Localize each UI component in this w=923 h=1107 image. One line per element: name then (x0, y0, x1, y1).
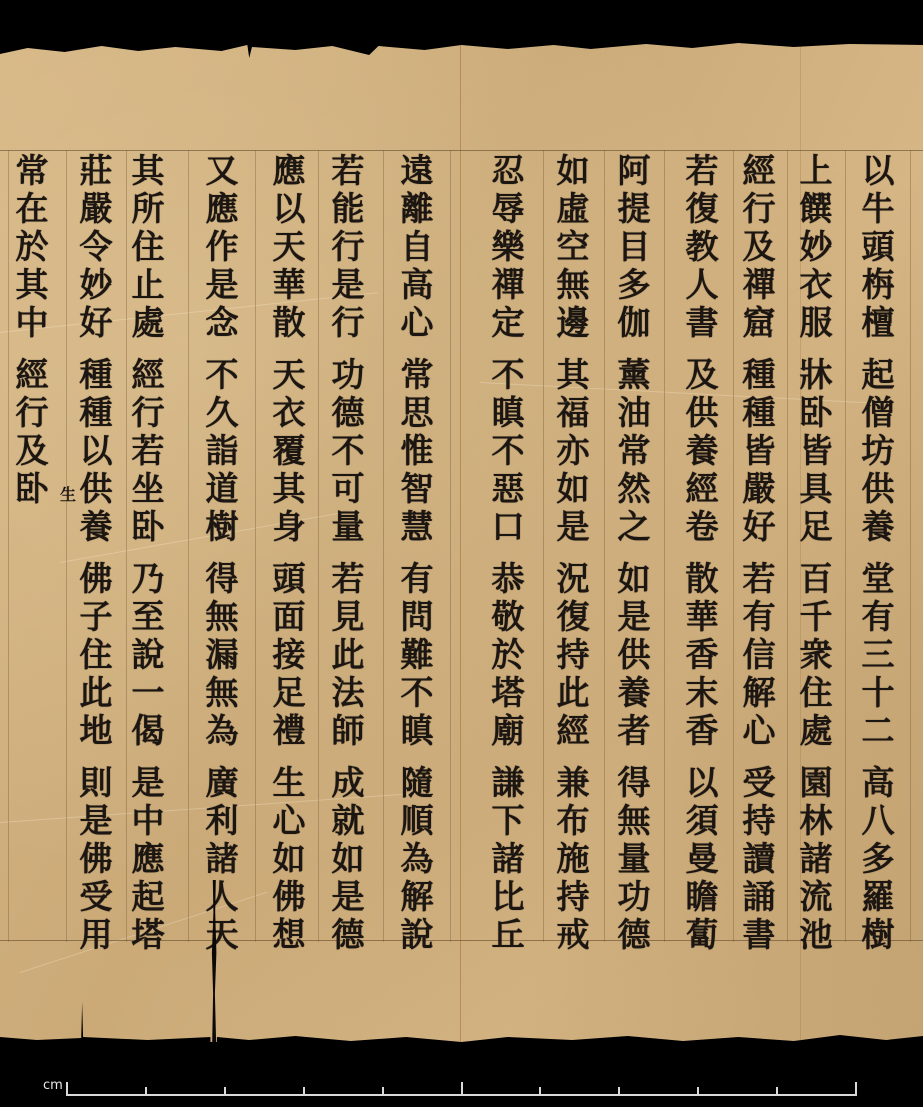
glyph: 不 (401, 674, 434, 712)
glyph: 油 (618, 394, 651, 432)
glyph: 隨 (401, 764, 434, 802)
verse-phrase: 種種以供養 (80, 356, 113, 546)
glyph: 檀 (862, 304, 895, 342)
manuscript-paper: 以牛頭栴檀起僧坊供養堂有三十二高八多羅樹 上饌妙衣服牀卧皆具足百千衆住處園林諸流… (0, 42, 923, 1042)
verse-phrase: 散華香末香 (686, 560, 719, 750)
verse-phrase: 頭面接足禮 (273, 560, 306, 750)
glyph: 池 (800, 916, 833, 954)
glyph: 心 (401, 304, 434, 342)
glyph: 佛 (80, 560, 113, 598)
glyph: 塔 (132, 916, 165, 954)
glyph: 應 (206, 190, 239, 228)
glyph: 二 (862, 712, 895, 750)
verse-phrase: 功德不可量 (332, 356, 365, 546)
glyph: 牛 (862, 190, 895, 228)
glyph: 空 (557, 228, 590, 266)
verse-phrase: 種種皆嚴好 (743, 356, 776, 546)
glyph: 此 (80, 674, 113, 712)
text-column: 其所住止處經行若坐卧乃至說一偈是中應起塔 (118, 152, 178, 954)
glyph: 窟 (743, 304, 776, 342)
glyph: 況 (557, 560, 590, 598)
glyph: 一 (132, 674, 165, 712)
glyph: 以 (273, 190, 306, 228)
glyph: 若 (686, 152, 719, 190)
text-column: 遠離自高心常思惟智慧有問難不瞋隨順為解說 (387, 152, 447, 954)
glyph: 曼 (686, 840, 719, 878)
glyph: 福 (557, 394, 590, 432)
glyph: 佛 (80, 840, 113, 878)
glyph: 教 (686, 228, 719, 266)
glyph: 林 (800, 802, 833, 840)
glyph: 好 (80, 304, 113, 342)
glyph: 有 (401, 560, 434, 598)
glyph: 樹 (206, 508, 239, 546)
column-ruling (664, 150, 665, 942)
glyph: 經 (686, 470, 719, 508)
verse-phrase: 則是佛受用 (80, 764, 113, 954)
scale-tick (145, 1087, 147, 1096)
glyph: 若 (332, 152, 365, 190)
glyph: 莊 (80, 152, 113, 190)
glyph: 如 (557, 470, 590, 508)
glyph: 漏 (206, 636, 239, 674)
scale-tick (66, 1082, 68, 1096)
verse-phrase: 得無量功德 (618, 764, 651, 954)
verse-phrase: 又應作是念 (206, 152, 239, 342)
glyph: 有 (862, 598, 895, 636)
glyph: 僧 (862, 394, 895, 432)
glyph: 散 (686, 560, 719, 598)
verse-phrase: 常在於其中 (16, 152, 49, 342)
glyph: 令 (80, 228, 113, 266)
verse-phrase: 其福亦如是 (557, 356, 590, 546)
glyph: 種 (80, 356, 113, 394)
glyph: 如 (273, 840, 306, 878)
verse-phrase: 有問難不瞋 (401, 560, 434, 750)
glyph: 智 (401, 470, 434, 508)
glyph: 者 (618, 712, 651, 750)
glyph: 頭 (862, 228, 895, 266)
verse-phrase: 常思惟智慧 (401, 356, 434, 546)
glyph: 量 (618, 840, 651, 878)
verse-phrase: 佛子住此地 (80, 560, 113, 750)
glyph: 妙 (800, 228, 833, 266)
glyph: 諸 (800, 840, 833, 878)
glyph: 不 (492, 432, 525, 470)
glyph: 讀 (743, 840, 776, 878)
glyph: 衣 (800, 266, 833, 304)
glyph: 坊 (862, 432, 895, 470)
interlinear-correction: 生 (60, 482, 76, 505)
glyph: 為 (206, 712, 239, 750)
glyph: 養 (80, 508, 113, 546)
glyph: 末 (686, 674, 719, 712)
verse-phrase: 若有信解心 (743, 560, 776, 750)
glyph: 是 (618, 598, 651, 636)
scale-tick (461, 1082, 463, 1096)
glyph: 人 (206, 878, 239, 916)
glyph: 虛 (557, 190, 590, 228)
glyph: 香 (686, 712, 719, 750)
glyph: 種 (743, 394, 776, 432)
glyph: 施 (557, 840, 590, 878)
verse-phrase: 得無漏無為 (206, 560, 239, 750)
glyph: 常 (16, 152, 49, 190)
glyph: 之 (618, 508, 651, 546)
glyph: 解 (743, 674, 776, 712)
scale-tick (539, 1087, 541, 1096)
verse-phrase: 經行若坐卧 (132, 356, 165, 546)
text-column: 應以天華散天衣覆其身頭面接足禮生心如佛想 (259, 152, 319, 954)
verse-phrase: 是中應起塔 (132, 764, 165, 954)
glyph: 德 (618, 916, 651, 954)
glyph: 蔔 (686, 916, 719, 954)
glyph: 中 (132, 802, 165, 840)
glyph: 說 (132, 636, 165, 674)
glyph: 接 (273, 636, 306, 674)
glyph: 心 (743, 712, 776, 750)
glyph: 及 (686, 356, 719, 394)
glyph: 止 (132, 266, 165, 304)
glyph: 供 (80, 470, 113, 508)
glyph: 具 (800, 470, 833, 508)
glyph: 師 (332, 712, 365, 750)
glyph: 起 (132, 878, 165, 916)
glyph: 牀 (800, 356, 833, 394)
glyph: 功 (618, 878, 651, 916)
glyph: 薰 (618, 356, 651, 394)
glyph: 法 (332, 674, 365, 712)
text-column: 以牛頭栴檀起僧坊供養堂有三十二高八多羅樹 (848, 152, 908, 954)
glyph: 華 (686, 598, 719, 636)
glyph: 用 (80, 916, 113, 954)
scale-tick (224, 1087, 226, 1096)
glyph: 就 (332, 802, 365, 840)
scale-tick (618, 1087, 620, 1096)
verse-phrase: 上饌妙衣服 (800, 152, 833, 342)
glyph: 卷 (686, 508, 719, 546)
glyph: 說 (401, 916, 434, 954)
glyph: 及 (16, 432, 49, 470)
verse-phrase: 乃至說一偈 (132, 560, 165, 750)
glyph: 復 (557, 598, 590, 636)
text-column: 又應作是念不久詣道樹得無漏無為廣利諸人天 (192, 152, 252, 954)
glyph: 解 (401, 878, 434, 916)
glyph: 養 (618, 674, 651, 712)
text-column: 莊嚴令妙好種種以供養佛子住此地則是佛受用 (66, 152, 126, 954)
glyph: 住 (800, 674, 833, 712)
glyph: 天 (273, 356, 306, 394)
glyph: 忍 (492, 152, 525, 190)
glyph: 目 (618, 228, 651, 266)
glyph: 詣 (206, 432, 239, 470)
glyph: 衆 (800, 636, 833, 674)
glyph: 思 (401, 394, 434, 432)
glyph: 不 (206, 356, 239, 394)
glyph: 不 (332, 432, 365, 470)
glyph: 誦 (743, 878, 776, 916)
glyph: 阿 (618, 152, 651, 190)
glyph: 嚴 (80, 190, 113, 228)
glyph: 於 (16, 228, 49, 266)
glyph: 羅 (862, 878, 895, 916)
verse-phrase: 莊嚴令妙好 (80, 152, 113, 342)
glyph: 華 (273, 266, 306, 304)
glyph: 此 (332, 636, 365, 674)
glyph: 在 (16, 190, 49, 228)
glyph: 頭 (273, 560, 306, 598)
verse-phrase: 牀卧皆具足 (800, 356, 833, 546)
glyph: 是 (557, 508, 590, 546)
verse-phrase: 不久詣道樹 (206, 356, 239, 546)
glyph: 如 (557, 152, 590, 190)
glyph: 其 (273, 470, 306, 508)
text-column: 常在於其中經行及卧 (2, 152, 62, 508)
glyph: 種 (80, 394, 113, 432)
glyph: 樂 (492, 228, 525, 266)
glyph: 若 (332, 560, 365, 598)
glyph: 如 (618, 560, 651, 598)
verse-phrase: 兼布施持戒 (557, 764, 590, 954)
glyph: 行 (332, 304, 365, 342)
glyph: 栴 (862, 266, 895, 304)
glyph: 可 (332, 470, 365, 508)
verse-phrase: 謙下諸比丘 (492, 764, 525, 954)
glyph: 廟 (492, 712, 525, 750)
verse-phrase: 廣利諸人天 (206, 764, 239, 954)
glyph: 十 (862, 674, 895, 712)
verse-phrase: 高八多羅樹 (862, 764, 895, 954)
glyph: 供 (618, 636, 651, 674)
glyph: 堂 (862, 560, 895, 598)
verse-phrase: 若復教人書 (686, 152, 719, 342)
glyph: 謙 (492, 764, 525, 802)
glyph: 又 (206, 152, 239, 190)
glyph: 覆 (273, 432, 306, 470)
glyph: 然 (618, 470, 651, 508)
scale-tick (303, 1087, 305, 1096)
verse-phrase: 生心如佛想 (273, 764, 306, 954)
glyph: 其 (16, 266, 49, 304)
glyph: 復 (686, 190, 719, 228)
glyph: 離 (401, 190, 434, 228)
glyph: 處 (132, 304, 165, 342)
glyph: 此 (557, 674, 590, 712)
verse-phrase: 成就如是德 (332, 764, 365, 954)
glyph: 禪 (492, 266, 525, 304)
glyph: 卧 (16, 470, 49, 508)
glyph: 以 (80, 432, 113, 470)
glyph: 得 (206, 560, 239, 598)
glyph: 見 (332, 598, 365, 636)
glyph: 及 (743, 228, 776, 266)
glyph: 書 (686, 304, 719, 342)
glyph: 念 (206, 304, 239, 342)
glyph: 德 (332, 394, 365, 432)
glyph: 是 (132, 764, 165, 802)
glyph: 應 (132, 840, 165, 878)
verse-phrase: 薰油常然之 (618, 356, 651, 546)
glyph: 持 (557, 636, 590, 674)
text-column: 忍辱樂禪定不瞋不惡口恭敬於塔廟謙下諸比丘 (478, 152, 538, 954)
verse-phrase: 起僧坊供養 (862, 356, 895, 546)
glyph: 丘 (492, 916, 525, 954)
glyph: 皆 (800, 432, 833, 470)
glyph: 瞋 (401, 712, 434, 750)
glyph: 有 (743, 598, 776, 636)
glyph: 辱 (492, 190, 525, 228)
glyph: 上 (800, 152, 833, 190)
verse-phrase: 若見此法師 (332, 560, 365, 750)
glyph: 持 (743, 802, 776, 840)
glyph: 種 (743, 356, 776, 394)
verse-phrase: 不瞋不惡口 (492, 356, 525, 546)
glyph: 戒 (557, 916, 590, 954)
glyph: 香 (686, 636, 719, 674)
glyph: 行 (16, 394, 49, 432)
glyph: 為 (401, 840, 434, 878)
text-column: 上饌妙衣服牀卧皆具足百千衆住處園林諸流池 (786, 152, 846, 954)
glyph: 禮 (273, 712, 306, 750)
glyph: 經 (16, 356, 49, 394)
column-ruling (383, 150, 384, 942)
glyph: 行 (132, 394, 165, 432)
glyph: 起 (862, 356, 895, 394)
glyph: 高 (401, 266, 434, 304)
verse-phrase: 以牛頭栴檀 (862, 152, 895, 342)
glyph: 問 (401, 598, 434, 636)
glyph: 利 (206, 802, 239, 840)
glyph: 道 (206, 470, 239, 508)
glyph: 兼 (557, 764, 590, 802)
glyph: 其 (132, 152, 165, 190)
glyph: 養 (686, 432, 719, 470)
glyph: 住 (80, 636, 113, 674)
verse-phrase: 經行及禪窟 (743, 152, 776, 342)
glyph: 能 (332, 190, 365, 228)
scale-tick (382, 1087, 384, 1096)
glyph: 三 (862, 636, 895, 674)
glyph: 行 (332, 228, 365, 266)
glyph: 住 (132, 228, 165, 266)
text-column: 如虛空無邊其福亦如是況復持此經兼布施持戒 (543, 152, 603, 954)
glyph: 定 (492, 304, 525, 342)
verse-phrase: 受持讀誦書 (743, 764, 776, 954)
glyph: 以 (686, 764, 719, 802)
glyph: 則 (80, 764, 113, 802)
glyph: 供 (686, 394, 719, 432)
glyph: 卧 (132, 508, 165, 546)
glyph: 無 (618, 802, 651, 840)
scale-tick (776, 1087, 778, 1096)
glyph: 塔 (492, 674, 525, 712)
verse-phrase: 遠離自高心 (401, 152, 434, 342)
glyph: 所 (132, 190, 165, 228)
glyph: 服 (800, 304, 833, 342)
glyph: 功 (332, 356, 365, 394)
glyph: 千 (800, 598, 833, 636)
glyph: 慧 (401, 508, 434, 546)
glyph: 諸 (206, 840, 239, 878)
glyph: 是 (206, 266, 239, 304)
glyph: 至 (132, 598, 165, 636)
glyph: 是 (80, 802, 113, 840)
glyph: 是 (332, 266, 365, 304)
glyph: 信 (743, 636, 776, 674)
sheet-seam (460, 42, 461, 1042)
glyph: 不 (492, 356, 525, 394)
glyph: 妙 (80, 266, 113, 304)
glyph: 心 (273, 802, 306, 840)
verse-phrase: 堂有三十二 (862, 560, 895, 750)
verse-phrase: 阿提目多伽 (618, 152, 651, 342)
glyph: 比 (492, 878, 525, 916)
glyph: 惡 (492, 470, 525, 508)
glyph: 受 (80, 878, 113, 916)
glyph: 園 (800, 764, 833, 802)
glyph: 久 (206, 394, 239, 432)
glyph: 伽 (618, 304, 651, 342)
verse-phrase: 若能行是行 (332, 152, 365, 342)
glyph: 如 (332, 840, 365, 878)
glyph: 順 (401, 802, 434, 840)
glyph: 樹 (862, 916, 895, 954)
glyph: 饌 (800, 190, 833, 228)
verse-phrase: 忍辱樂禪定 (492, 152, 525, 342)
text-column: 若復教人書及供養經卷散華香末香以須曼瞻蔔 (672, 152, 732, 954)
glyph: 作 (206, 228, 239, 266)
text-column: 若能行是行功德不可量若見此法師成就如是德 (318, 152, 378, 954)
glyph: 衣 (273, 394, 306, 432)
glyph: 處 (800, 712, 833, 750)
glyph: 流 (800, 878, 833, 916)
glyph: 諸 (492, 840, 525, 878)
verse-phrase: 如是供養者 (618, 560, 651, 750)
scale-tick (855, 1082, 857, 1096)
verse-phrase: 隨順為解說 (401, 764, 434, 954)
glyph: 嚴 (743, 470, 776, 508)
glyph: 惟 (401, 432, 434, 470)
verse-phrase: 恭敬於塔廟 (492, 560, 525, 750)
column-ruling (450, 150, 451, 942)
glyph: 乃 (132, 560, 165, 598)
scale-bar: cm (40, 1072, 920, 1102)
glyph: 偈 (132, 712, 165, 750)
verse-phrase: 百千衆住處 (800, 560, 833, 750)
glyph: 皆 (743, 432, 776, 470)
glyph: 敬 (492, 598, 525, 636)
glyph: 量 (332, 508, 365, 546)
glyph: 提 (618, 190, 651, 228)
glyph: 卧 (800, 394, 833, 432)
glyph: 多 (862, 840, 895, 878)
glyph: 經 (557, 712, 590, 750)
glyph: 常 (401, 356, 434, 394)
glyph: 供 (862, 470, 895, 508)
glyph: 口 (492, 508, 525, 546)
glyph: 好 (743, 508, 776, 546)
glyph: 廣 (206, 764, 239, 802)
glyph: 足 (273, 674, 306, 712)
glyph: 禪 (743, 266, 776, 304)
scale-tick (697, 1087, 699, 1096)
glyph: 得 (618, 764, 651, 802)
glyph: 子 (80, 598, 113, 636)
glyph: 養 (862, 508, 895, 546)
glyph: 下 (492, 802, 525, 840)
text-column: 阿提目多伽薰油常然之如是供養者得無量功德 (604, 152, 664, 954)
glyph: 常 (618, 432, 651, 470)
